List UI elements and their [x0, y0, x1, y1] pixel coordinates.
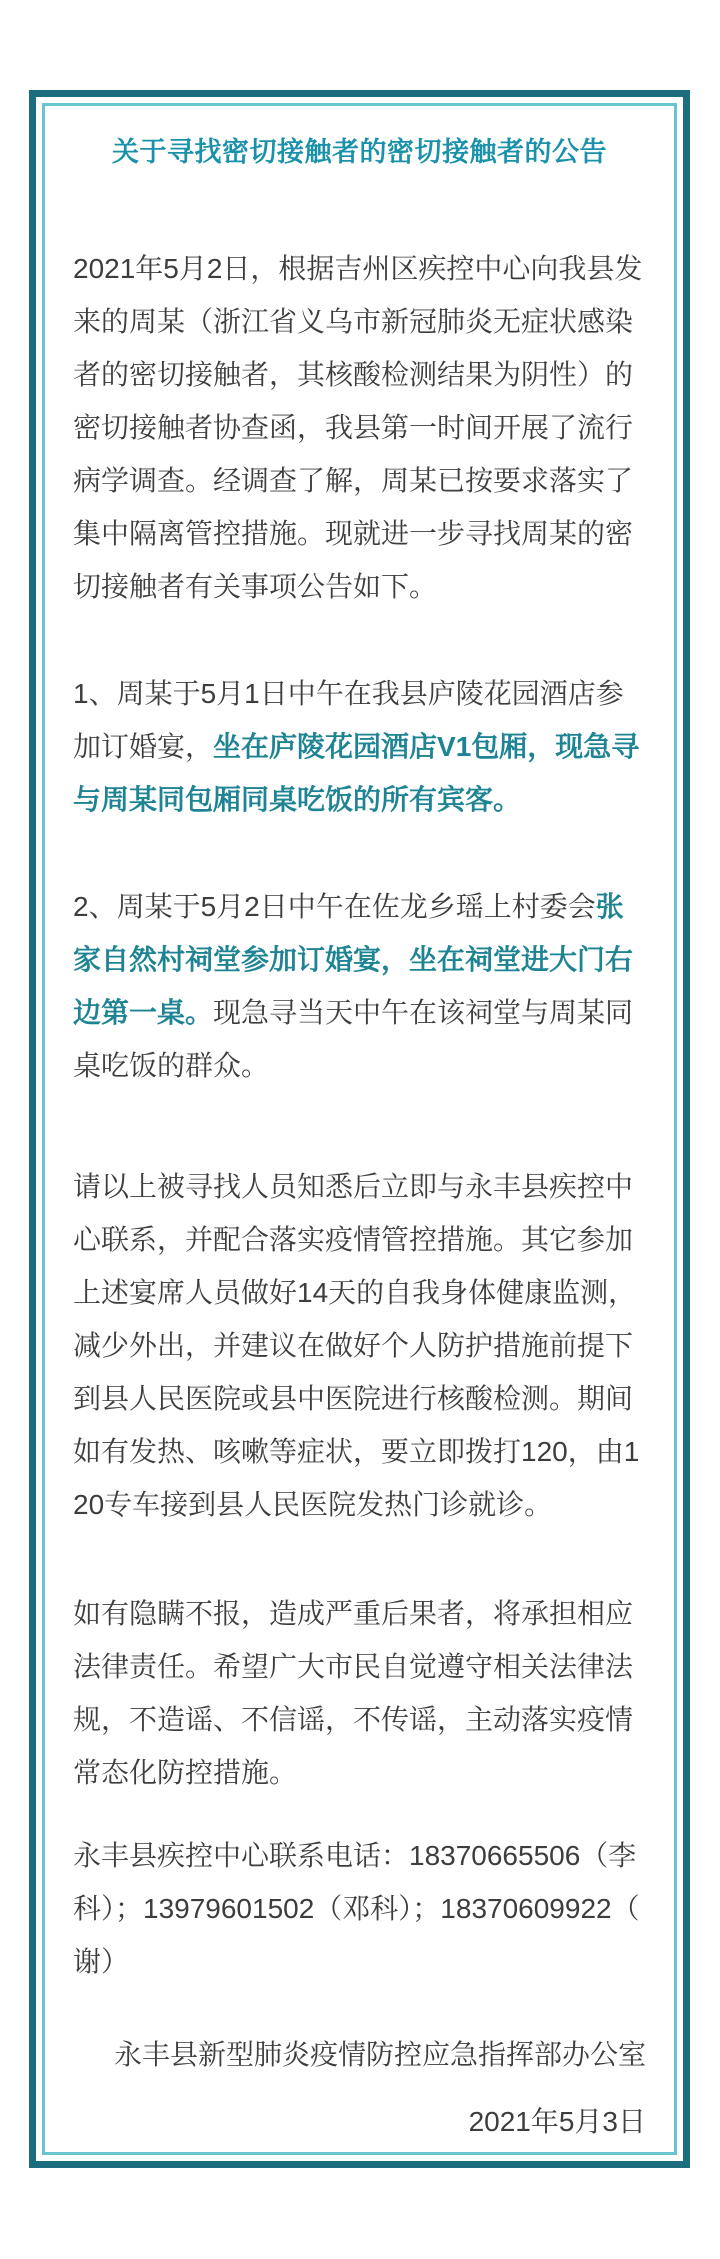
notice-paragraph: 永丰县疾控中心联系电话：18370665506（李科）；13979601502（… — [73, 1829, 646, 1988]
paragraph-text-segment: 如有隐瞒不报，造成严重后果者，将承担相应法律责任。希望广大市民自觉遵守相关法律法… — [73, 1598, 633, 1788]
paragraph-text-segment: 2、周某于5月2日中午在佐龙乡瑶上村委会 — [73, 891, 596, 922]
paragraph-text-segment: 永丰县疾控中心联系电话：18370665506（李科）；13979601502（… — [73, 1840, 640, 1977]
notice-paragraph: 2、周某于5月2日中午在佐龙乡瑶上村委会张家自然村祠堂参加订婚宴，坐在祠堂进大门… — [73, 880, 646, 1092]
signature-block: 永丰县新型肺炎疫情防控应急指挥部办公室 2021年5月3日 — [73, 2028, 646, 2148]
signature-line: 永丰县新型肺炎疫情防控应急指挥部办公室 — [73, 2028, 646, 2081]
notice-frame: 关于寻找密切接触者的密切接触者的公告 2021年5月2日，根据吉州区疾控中心向我… — [29, 90, 690, 2168]
page: { "colors": { "background": "#ffffff", "… — [0, 0, 720, 2259]
date-line: 2021年5月3日 — [73, 2095, 646, 2148]
notice-title: 关于寻找密切接触者的密切接触者的公告 — [73, 132, 646, 172]
paragraph-text-segment: 请以上被寻找人员知悉后立即与永丰县疾控中心联系，并配合落实疫情管控措施。其它参加… — [73, 1171, 639, 1520]
notice-paragraph: 1、周某于5月1日中午在我县庐陵花园酒店参加订婚宴，坐在庐陵花园酒店V1包厢，现… — [73, 667, 646, 826]
notice-paragraph: 2021年5月2日，根据吉州区疾控中心向我县发来的周某（浙江省义乌市新冠肺炎无症… — [73, 242, 646, 613]
paragraph-text-segment: 2021年5月2日，根据吉州区疾控中心向我县发来的周某（浙江省义乌市新冠肺炎无症… — [73, 253, 642, 602]
notice-paragraph: 如有隐瞒不报，造成严重后果者，将承担相应法律责任。希望广大市民自觉遵守相关法律法… — [73, 1587, 646, 1799]
notice-body: 2021年5月2日，根据吉州区疾控中心向我县发来的周某（浙江省义乌市新冠肺炎无症… — [73, 242, 646, 1988]
notice-inner-frame: 关于寻找密切接触者的密切接触者的公告 2021年5月2日，根据吉州区疾控中心向我… — [42, 103, 677, 2155]
notice-paragraph: 请以上被寻找人员知悉后立即与永丰县疾控中心联系，并配合落实疫情管控措施。其它参加… — [73, 1160, 646, 1531]
